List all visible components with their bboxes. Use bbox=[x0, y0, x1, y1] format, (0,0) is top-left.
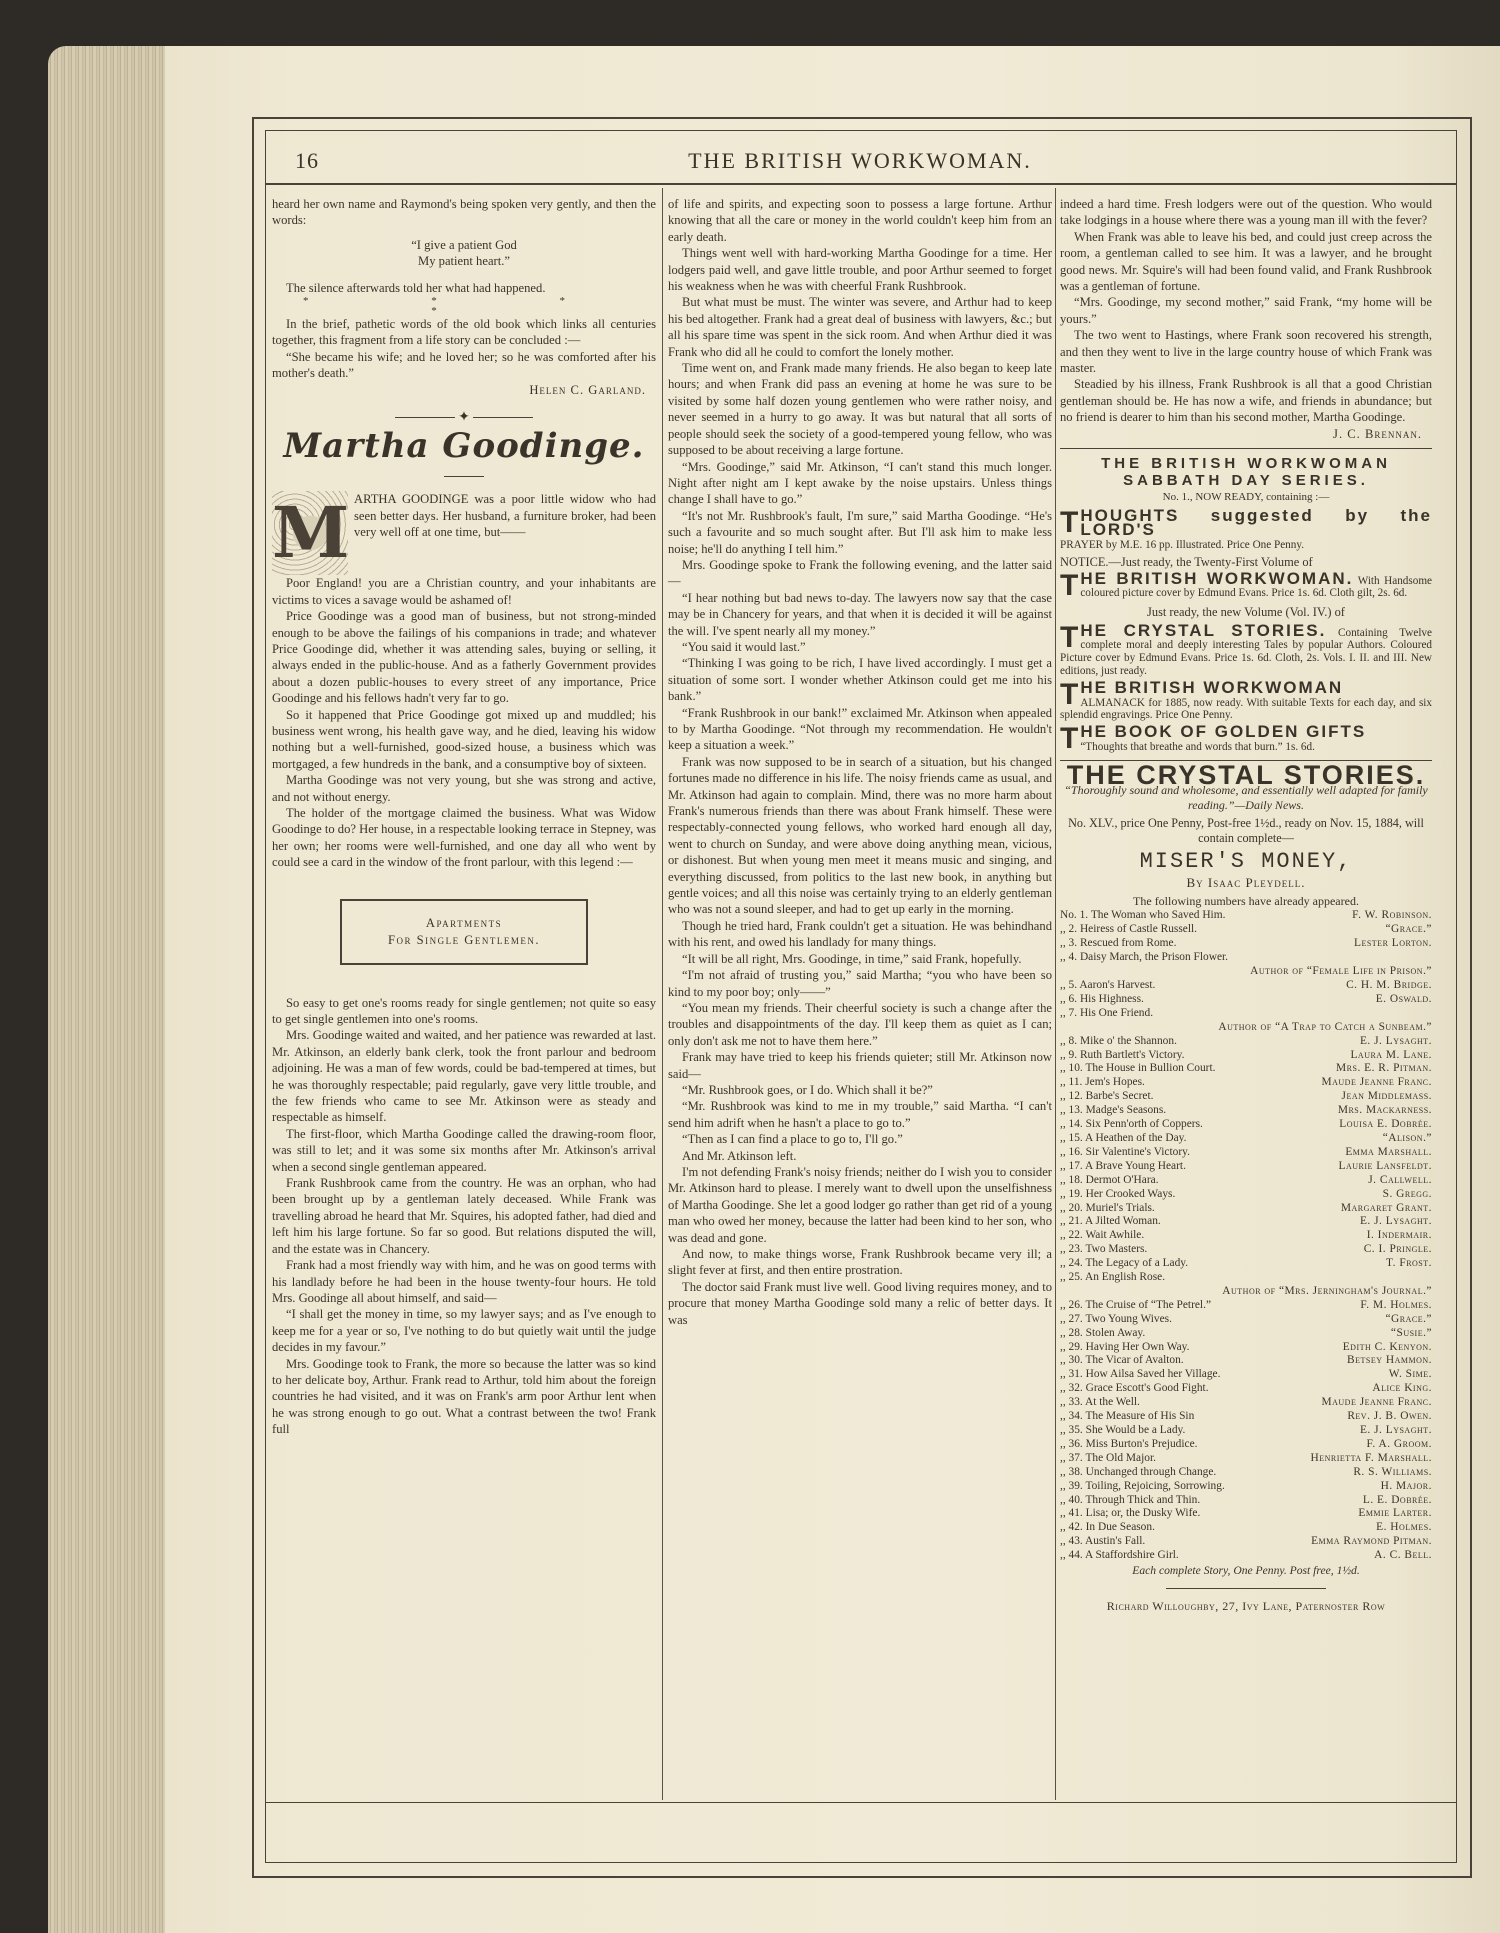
paragraph: Price Goodinge was a good man of busines… bbox=[272, 608, 656, 706]
story-number: ,, 34. bbox=[1060, 1410, 1083, 1422]
paragraph: Mrs. Goodinge waited and waited, and her… bbox=[272, 1027, 656, 1125]
story-author-line: Author of “Mrs. Jerningham's Journal.” bbox=[1060, 1285, 1432, 1299]
story-list-item: ,, 32. Grace Escott's Good Fight.Alice K… bbox=[1060, 1382, 1432, 1396]
ad-title: HOUGHTS suggested by the LORD'S bbox=[1080, 506, 1432, 540]
story-title: The Vicar of Avalton. bbox=[1085, 1354, 1183, 1366]
paragraph: The first-floor, which Martha Goodinge c… bbox=[272, 1126, 656, 1175]
story-author: F. A. Groom. bbox=[1367, 1438, 1433, 1452]
story-title: A Staffordshire Girl. bbox=[1085, 1549, 1179, 1561]
story-list-item: ,, 42. In Due Season.E. Holmes. bbox=[1060, 1521, 1432, 1535]
paragraph: Things went well with hard-working Marth… bbox=[668, 245, 1052, 294]
story-number: ,, 9. bbox=[1060, 1049, 1077, 1061]
story-title: Miss Burton's Prejudice. bbox=[1086, 1438, 1198, 1450]
story-author: Alice King. bbox=[1372, 1382, 1432, 1396]
ad-british-workwoman: T HE BRITISH WORKWOMAN. With Handsome co… bbox=[1060, 573, 1432, 601]
apartments-card: Apartments For Single Gentlemen. bbox=[340, 899, 588, 965]
paragraph: “Mr. Rushbrook goes, or I do. Which shal… bbox=[668, 1082, 1052, 1098]
story-title: The House in Bullion Court. bbox=[1085, 1062, 1215, 1074]
story-number: ,, 8. bbox=[1060, 1035, 1077, 1047]
story-author: W. Sime. bbox=[1389, 1368, 1432, 1382]
story-title: Dermot O'Hara. bbox=[1086, 1174, 1159, 1186]
story-number: ,, 26. bbox=[1060, 1299, 1083, 1311]
column-1: heard her own name and Raymond's being s… bbox=[272, 196, 656, 1438]
story-number: ,, 37. bbox=[1060, 1452, 1083, 1464]
paragraph: The doctor said Frank must live well. Go… bbox=[668, 1279, 1052, 1328]
paragraph: In the brief, pathetic words of the old … bbox=[272, 316, 656, 349]
story-list-item: ,, 21. A Jilted Woman.E. J. Lysaght. bbox=[1060, 1215, 1432, 1229]
card-line: For Single Gentlemen. bbox=[342, 932, 586, 949]
paragraph: Frank had a most friendly way with him, … bbox=[272, 1257, 656, 1306]
story-number: ,, 19. bbox=[1060, 1188, 1083, 1200]
story-author: L. E. Dobrée. bbox=[1363, 1494, 1432, 1508]
story-author: S. Gregg. bbox=[1383, 1188, 1432, 1202]
story-number: ,, 27. bbox=[1060, 1313, 1083, 1325]
story-author: Rev. J. B. Owen. bbox=[1347, 1410, 1432, 1424]
story-list-item: ,, 43. Austin's Fall.Emma Raymond Pitman… bbox=[1060, 1535, 1432, 1549]
story-number: ,, 36. bbox=[1060, 1438, 1083, 1450]
story-author: E. Holmes. bbox=[1376, 1521, 1432, 1535]
story-number: ,, 42. bbox=[1060, 1521, 1083, 1533]
story-list-item: ,, 10. The House in Bullion Court.Mrs. E… bbox=[1060, 1062, 1432, 1076]
story-title: Through Thick and Thin. bbox=[1085, 1494, 1200, 1506]
story-number: ,, 30. bbox=[1060, 1354, 1083, 1366]
story-title: Barbe's Secret. bbox=[1086, 1090, 1154, 1102]
advertisements: THE BRITISH WORKWOMAN SABBATH DAY SERIES… bbox=[1060, 455, 1432, 754]
paragraph: But what must be must. The winter was se… bbox=[668, 294, 1052, 360]
story-number: ,, 6. bbox=[1060, 993, 1077, 1005]
story-title: A Jilted Woman. bbox=[1085, 1215, 1161, 1227]
story-title: The Measure of His Sin bbox=[1085, 1410, 1194, 1422]
story-number: ,, 25. bbox=[1060, 1271, 1083, 1283]
ad-text: “Thoughts that breathe and words that bu… bbox=[1080, 741, 1315, 753]
story-list-item: ,, 13. Madge's Seasons.Mrs. Mackarness. bbox=[1060, 1104, 1432, 1118]
story-author: C. I. Pringle. bbox=[1364, 1243, 1432, 1257]
story-list-item: ,, 39. Toiling, Rejoicing, Sorrowing.H. … bbox=[1060, 1480, 1432, 1494]
story-author: Henrietta F. Marshall. bbox=[1310, 1452, 1432, 1466]
story-list-item: ,, 20. Muriel's Trials.Margaret Grant. bbox=[1060, 1202, 1432, 1216]
story-number: ,, 35. bbox=[1060, 1424, 1083, 1436]
paragraph: “I shall get the money in time, so my la… bbox=[272, 1306, 656, 1355]
story-list-item: ,, 38. Unchanged through Change.R. S. Wi… bbox=[1060, 1466, 1432, 1480]
story-number: ,, 28. bbox=[1060, 1327, 1083, 1339]
story-list-item: ,, 19. Her Crooked Ways.S. Gregg. bbox=[1060, 1188, 1432, 1202]
story-number: ,, 21. bbox=[1060, 1215, 1083, 1227]
story-title: Sir Valentine's Victory. bbox=[1086, 1146, 1190, 1158]
story-author: C. H. M. Bridge. bbox=[1346, 979, 1432, 993]
story-number: ,, 41. bbox=[1060, 1507, 1083, 1519]
ornamental-divider: ✦ bbox=[272, 410, 656, 426]
story-number: ,, 18. bbox=[1060, 1174, 1083, 1186]
story-title: His Highness. bbox=[1080, 993, 1144, 1005]
story-list-item: ,, 7. His One Friend. bbox=[1060, 1007, 1432, 1021]
journal-title: THE BRITISH WORKWOMAN. bbox=[285, 148, 1435, 174]
ad-golden-gifts: T HE BOOK OF GOLDEN GIFTS “Thoughts that… bbox=[1060, 726, 1432, 754]
story-title: A Brave Young Heart. bbox=[1085, 1160, 1186, 1172]
paragraph: Mrs. Goodinge took to Frank, the more so… bbox=[272, 1356, 656, 1438]
ad-heading: SABBATH DAY SERIES. bbox=[1060, 472, 1432, 489]
story-author: “Alison.” bbox=[1383, 1132, 1432, 1146]
story-list-item: ,, 41. Lisa; or, the Dusky Wife.Emmie La… bbox=[1060, 1507, 1432, 1521]
story-title: His One Friend. bbox=[1080, 1007, 1153, 1019]
story-list-item: ,, 11. Jem's Hopes.Maude Jeanne Franc. bbox=[1060, 1076, 1432, 1090]
story-title: Jem's Hopes. bbox=[1085, 1076, 1145, 1088]
story-title: Toiling, Rejoicing, Sorrowing. bbox=[1085, 1480, 1224, 1492]
paragraph: Frank may have tried to keep his friends… bbox=[668, 1049, 1052, 1082]
story-number: ,, 10. bbox=[1060, 1062, 1083, 1074]
story-list-item: ,, 44. A Staffordshire Girl.A. C. Bell. bbox=[1060, 1549, 1432, 1563]
story-title: Austin's Fall. bbox=[1085, 1535, 1145, 1547]
ad-almanack: T HE BRITISH WORKWOMAN ALMANACK for 1885… bbox=[1060, 682, 1432, 722]
ad-title: HE BRITISH WORKWOMAN bbox=[1080, 678, 1343, 697]
story-list-item: No. 1. The Woman who Saved Him.F. W. Rob… bbox=[1060, 909, 1432, 923]
paragraph: “It will be all right, Mrs. Goodinge, in… bbox=[668, 951, 1052, 967]
story-author: E. Oswald. bbox=[1376, 993, 1432, 1007]
verse-quote: “I give a patient God My patient heart.” bbox=[272, 237, 656, 270]
header-rule bbox=[265, 183, 1457, 185]
story-number: ,, 3. bbox=[1060, 937, 1077, 949]
story-number: ,, 4. bbox=[1060, 951, 1077, 963]
issue-notice: No. XLV., price One Penny, Post-free 1½d… bbox=[1060, 816, 1432, 846]
story-title: Grace Escott's Good Fight. bbox=[1086, 1382, 1209, 1394]
paragraph: “She became his wife; and he loved her; … bbox=[272, 349, 656, 382]
story-author: “Susie.” bbox=[1391, 1327, 1432, 1341]
story-author: T. Frost. bbox=[1386, 1257, 1432, 1271]
story-number: ,, 17. bbox=[1060, 1160, 1083, 1172]
ad-thoughts: T HOUGHTS suggested by the LORD'S PRAYER… bbox=[1060, 510, 1432, 552]
story-list-item: ,, 9. Ruth Bartlett's Victory.Laura M. L… bbox=[1060, 1049, 1432, 1063]
ad-initial: T bbox=[1060, 625, 1078, 651]
paragraph: “Frank Rushbrook in our bank!” exclaimed… bbox=[668, 705, 1052, 754]
story-list-item: ,, 12. Barbe's Secret.Jean Middlemass. bbox=[1060, 1090, 1432, 1104]
story-number: ,, 16. bbox=[1060, 1146, 1083, 1158]
card-line: Apartments bbox=[342, 915, 586, 932]
paragraph: The two went to Hastings, where Frank so… bbox=[1060, 327, 1432, 376]
story-number: ,, 43. bbox=[1060, 1535, 1083, 1547]
verse-line: “I give a patient God bbox=[272, 237, 656, 253]
story-title: She Would be a Lady. bbox=[1086, 1424, 1186, 1436]
story-list-item: ,, 30. The Vicar of Avalton.Betsey Hammo… bbox=[1060, 1354, 1432, 1368]
paragraph: Martha Goodinge was not very young, but … bbox=[272, 772, 656, 805]
ad-subheading: No. 1., NOW READY, containing :— bbox=[1060, 489, 1432, 505]
story-number: ,, 7. bbox=[1060, 1007, 1077, 1019]
story-title: At the Well. bbox=[1085, 1396, 1140, 1408]
small-divider bbox=[272, 469, 656, 485]
section-break-stars: * * * * bbox=[272, 296, 656, 316]
paragraph: Steadied by his illness, Frank Rushbrook… bbox=[1060, 376, 1432, 425]
story-title: How Ailsa Saved her Village. bbox=[1086, 1368, 1221, 1380]
story-number: ,, 38. bbox=[1060, 1466, 1083, 1478]
story-author: Emma Raymond Pitman. bbox=[1311, 1535, 1432, 1549]
paragraph: Frank was now supposed to be in search o… bbox=[668, 754, 1052, 918]
story-number: ,, 5. bbox=[1060, 979, 1077, 991]
story-number: ,, 31. bbox=[1060, 1368, 1083, 1380]
story-author-line: Author of “A Trap to Catch a Sunbeam.” bbox=[1060, 1021, 1432, 1035]
ad-notice: NOTICE.—Just ready, the Twenty-First Vol… bbox=[1060, 556, 1432, 569]
story-title: A Heathen of the Day. bbox=[1085, 1132, 1186, 1144]
story-number: ,, 11. bbox=[1060, 1076, 1082, 1088]
story-list-item: ,, 33. At the Well.Maude Jeanne Franc. bbox=[1060, 1396, 1432, 1410]
ad-crystal-stories: T HE CRYSTAL STORIES. Containing Twelve … bbox=[1060, 625, 1432, 678]
story-list-item: ,, 6. His Highness.E. Oswald. bbox=[1060, 993, 1432, 1007]
paragraph: “You mean my friends. Their cheerful soc… bbox=[668, 1000, 1052, 1049]
column-divider-2 bbox=[1055, 188, 1056, 1800]
ad-text: PRAYER by M.E. 16 pp. Illustrated. Price… bbox=[1060, 539, 1304, 551]
story-author: A. C. Bell. bbox=[1374, 1549, 1432, 1563]
paragraph: Poor England! you are a Christian countr… bbox=[272, 575, 656, 608]
story-list-item: ,, 40. Through Thick and Thin.L. E. Dobr… bbox=[1060, 1494, 1432, 1508]
story-author: Lester Lorton. bbox=[1354, 937, 1432, 951]
paragraph: “It's not Mr. Rushbrook's fault, I'm sur… bbox=[668, 508, 1052, 557]
story-author: E. J. Lysaght. bbox=[1360, 1035, 1432, 1049]
rule bbox=[1060, 448, 1432, 449]
paragraph: “Then as I can find a place to go to, I'… bbox=[668, 1131, 1052, 1147]
story-title: Six Penn'orth of Coppers. bbox=[1086, 1118, 1203, 1130]
story-title: Wait Awhile. bbox=[1085, 1229, 1144, 1241]
story-number: ,, 13. bbox=[1060, 1104, 1083, 1116]
story-title: Heiress of Castle Russell. bbox=[1080, 923, 1197, 935]
press-quote: “Thoroughly sound and wholesome, and ess… bbox=[1060, 783, 1432, 813]
author-signature: Helen C. Garland. bbox=[272, 382, 656, 398]
story-number: ,, 44. bbox=[1060, 1549, 1083, 1561]
paragraph: And Mr. Atkinson left. bbox=[668, 1148, 1052, 1164]
story-list-item: ,, 36. Miss Burton's Prejudice.F. A. Gro… bbox=[1060, 1438, 1432, 1452]
ad-initial: T bbox=[1060, 573, 1078, 599]
feature-title: MISER'S MONEY, bbox=[1060, 854, 1432, 870]
paragraph: The silence afterwards told her what had… bbox=[272, 280, 656, 296]
story-author: E. J. Lysaght. bbox=[1360, 1215, 1432, 1229]
story-author: Mrs. Mackarness. bbox=[1338, 1104, 1432, 1118]
story-author: Maude Jeanne Franc. bbox=[1322, 1396, 1433, 1410]
story-title: The Cruise of “The Petrel.” bbox=[1085, 1299, 1211, 1311]
story-list-item: ,, 3. Rescued from Rome.Lester Lorton. bbox=[1060, 937, 1432, 951]
story-list-item: ,, 37. The Old Major.Henrietta F. Marsha… bbox=[1060, 1452, 1432, 1466]
story-number: ,, 22. bbox=[1060, 1229, 1083, 1241]
story-list-item: ,, 31. How Ailsa Saved her Village.W. Si… bbox=[1060, 1368, 1432, 1382]
ad-vol-iv: Just ready, the new Volume (Vol. IV.) of bbox=[1060, 604, 1432, 620]
story-number: ,, 40. bbox=[1060, 1494, 1083, 1506]
paragraph: When Frank was able to leave his bed, an… bbox=[1060, 229, 1432, 295]
paragraph: “I hear nothing but bad news to-day. The… bbox=[668, 590, 1052, 639]
story-title: Daisy March, the Prison Flower. bbox=[1080, 951, 1228, 963]
footer-rule bbox=[265, 1802, 1457, 1803]
story-author: “Grace.” bbox=[1385, 1313, 1432, 1327]
paragraph: So easy to get one's rooms ready for sin… bbox=[272, 995, 656, 1028]
story-author: Emma Marshall. bbox=[1345, 1146, 1432, 1160]
story-author: Mrs. E. R. Pitman. bbox=[1336, 1062, 1432, 1076]
story-author-line: Author of “Female Life in Prison.” bbox=[1060, 965, 1432, 979]
story-list-item: ,, 4. Daisy March, the Prison Flower. bbox=[1060, 951, 1432, 965]
paragraph: indeed a hard time. Fresh lodgers were o… bbox=[1060, 196, 1432, 229]
column-3: indeed a hard time. Fresh lodgers were o… bbox=[1060, 196, 1432, 1615]
story-number: No. 1. bbox=[1060, 909, 1088, 921]
story-title: Her Crooked Ways. bbox=[1086, 1188, 1176, 1200]
story-number: ,, 29. bbox=[1060, 1341, 1083, 1353]
story-author: Laura M. Lane. bbox=[1350, 1049, 1432, 1063]
story-author: “Grace.” bbox=[1385, 923, 1432, 937]
story-number: ,, 33. bbox=[1060, 1396, 1083, 1408]
story-author: E. J. Lysaght. bbox=[1360, 1424, 1432, 1438]
author-signature: J. C. Brennan. bbox=[1060, 426, 1432, 442]
story-list-item: ,, 34. The Measure of His SinRev. J. B. … bbox=[1060, 1410, 1432, 1424]
story-list-item: ,, 16. Sir Valentine's Victory.Emma Mars… bbox=[1060, 1146, 1432, 1160]
story-author: J. Callwell. bbox=[1368, 1174, 1432, 1188]
ad-text: ALMANACK for 1885, now ready. With suita… bbox=[1060, 697, 1432, 722]
feature-byline: By Isaac Pleydell. bbox=[1060, 875, 1432, 891]
paragraph: “Mrs. Goodinge,” said Mr. Atkinson, “I c… bbox=[668, 459, 1052, 508]
opening-paragraph: M ARTHA GOODINGE was a poor little widow… bbox=[272, 491, 656, 575]
story-list-item: ,, 5. Aaron's Harvest.C. H. M. Bridge. bbox=[1060, 979, 1432, 993]
story-list-item: ,, 25. An English Rose. bbox=[1060, 1271, 1432, 1285]
rule bbox=[1166, 1588, 1326, 1589]
story-number: ,, 20. bbox=[1060, 1202, 1083, 1214]
story-author: Laurie Lansfeldt. bbox=[1339, 1160, 1432, 1174]
verse-line: My patient heart.” bbox=[272, 253, 656, 269]
column-2: of life and spirits, and expecting soon … bbox=[668, 196, 1052, 1328]
story-title: Stolen Away. bbox=[1086, 1327, 1146, 1339]
story-author: R. S. Williams. bbox=[1353, 1466, 1432, 1480]
story-title: Muriel's Trials. bbox=[1086, 1202, 1155, 1214]
story-list-item: ,, 14. Six Penn'orth of Coppers.Louisa E… bbox=[1060, 1118, 1432, 1132]
story-author: Margaret Grant. bbox=[1341, 1202, 1432, 1216]
story-number: ,, 32. bbox=[1060, 1382, 1083, 1394]
publisher-imprint: Richard Willoughby, 27, Ivy Lane, Patern… bbox=[1060, 1598, 1432, 1614]
story-title: In Due Season. bbox=[1086, 1521, 1155, 1533]
story-author: Maude Jeanne Franc. bbox=[1322, 1076, 1433, 1090]
story-title: Two Young Wives. bbox=[1085, 1313, 1172, 1325]
story-list: No. 1. The Woman who Saved Him.F. W. Rob… bbox=[1060, 909, 1432, 1563]
list-intro: The following numbers have already appea… bbox=[1060, 893, 1432, 909]
paragraph: Mrs. Goodinge spoke to Frank the followi… bbox=[668, 557, 1052, 590]
story-list-item: ,, 29. Having Her Own Way.Edith C. Kenyo… bbox=[1060, 1341, 1432, 1355]
story-author: Jean Middlemass. bbox=[1342, 1090, 1432, 1104]
paragraph: “Mrs. Goodinge, my second mother,” said … bbox=[1060, 294, 1432, 327]
paragraph: Though he tried hard, Frank couldn't get… bbox=[668, 918, 1052, 951]
story-title: Ruth Bartlett's Victory. bbox=[1080, 1049, 1185, 1061]
paragraph: “You said it would last.” bbox=[668, 639, 1052, 655]
story-list-item: ,, 23. Two Masters.C. I. Pringle. bbox=[1060, 1243, 1432, 1257]
illuminated-dropcap-icon: M bbox=[272, 491, 348, 575]
story-title: Mike o' the Shannon. bbox=[1080, 1035, 1177, 1047]
story-list-item: ,, 27. Two Young Wives.“Grace.” bbox=[1060, 1313, 1432, 1327]
paragraph: of life and spirits, and expecting soon … bbox=[668, 196, 1052, 245]
paragraph: “I'm not afraid of trusting you,” said M… bbox=[668, 967, 1052, 1000]
paragraph: Time went on, and Frank made many friend… bbox=[668, 360, 1052, 458]
story-author: F. M. Holmes. bbox=[1360, 1299, 1432, 1313]
column-divider-1 bbox=[662, 188, 663, 1800]
paragraph: And now, to make things worse, Frank Rus… bbox=[668, 1246, 1052, 1279]
story-title: Having Her Own Way. bbox=[1086, 1341, 1190, 1353]
story-list-item: ,, 17. A Brave Young Heart.Laurie Lansfe… bbox=[1060, 1160, 1432, 1174]
story-title: The Old Major. bbox=[1085, 1452, 1156, 1464]
story-title: Martha Goodinge. bbox=[272, 438, 656, 454]
story-author: Emmie Larter. bbox=[1358, 1507, 1432, 1521]
ad-title: HE BOOK OF GOLDEN GIFTS bbox=[1080, 722, 1366, 741]
paragraph: Frank Rushbrook came from the country. H… bbox=[272, 1175, 656, 1257]
ad-initial: T bbox=[1060, 510, 1078, 536]
story-author: I. Indermair. bbox=[1367, 1229, 1432, 1243]
story-list-item: ,, 2. Heiress of Castle Russell.“Grace.” bbox=[1060, 923, 1432, 937]
story-list-item: ,, 28. Stolen Away.“Susie.” bbox=[1060, 1327, 1432, 1341]
story-list-item: ,, 35. She Would be a Lady.E. J. Lysaght… bbox=[1060, 1424, 1432, 1438]
paragraph: “Mr. Rushbrook was kind to me in my trou… bbox=[668, 1098, 1052, 1131]
story-title: Madge's Seasons. bbox=[1086, 1104, 1167, 1116]
story-number: ,, 39. bbox=[1060, 1480, 1083, 1492]
story-title: Two Masters. bbox=[1085, 1243, 1147, 1255]
story-author: Louisa E. Dobrée. bbox=[1339, 1118, 1432, 1132]
story-author: H. Major. bbox=[1381, 1480, 1432, 1494]
story-author: F. W. Robinson. bbox=[1352, 909, 1432, 923]
story-number: ,, 24. bbox=[1060, 1257, 1083, 1269]
story-title: An English Rose. bbox=[1085, 1271, 1165, 1283]
story-number: ,, 23. bbox=[1060, 1243, 1083, 1255]
ad-initial: T bbox=[1060, 682, 1078, 708]
paragraph: I'm not defending Frank's noisy friends;… bbox=[668, 1164, 1052, 1246]
story-title: The Legacy of a Lady. bbox=[1085, 1257, 1188, 1269]
crystal-stories-heading: THE CRYSTAL STORIES. bbox=[1060, 767, 1432, 783]
story-list-item: ,, 15. A Heathen of the Day.“Alison.” bbox=[1060, 1132, 1432, 1146]
ad-title: HE BRITISH WORKWOMAN. bbox=[1080, 569, 1353, 588]
story-title: Aaron's Harvest. bbox=[1079, 979, 1155, 991]
book-page-edges bbox=[48, 46, 168, 1933]
story-number: ,, 15. bbox=[1060, 1132, 1083, 1144]
story-number: ,, 12. bbox=[1060, 1090, 1083, 1102]
story-list-item: ,, 18. Dermot O'Hara.J. Callwell. bbox=[1060, 1174, 1432, 1188]
story-title: Rescued from Rome. bbox=[1080, 937, 1176, 949]
paragraph: “Thinking I was going to be rich, I have… bbox=[668, 655, 1052, 704]
paragraph: heard her own name and Raymond's being s… bbox=[272, 196, 656, 229]
story-list-item: ,, 26. The Cruise of “The Petrel.”F. M. … bbox=[1060, 1299, 1432, 1313]
ad-title: HE CRYSTAL STORIES. bbox=[1080, 621, 1326, 640]
ad-heading: THE BRITISH WORKWOMAN bbox=[1060, 455, 1432, 472]
story-title: The Woman who Saved Him. bbox=[1091, 909, 1226, 921]
story-title: Unchanged through Change. bbox=[1086, 1466, 1217, 1478]
story-list-item: ,, 24. The Legacy of a Lady.T. Frost. bbox=[1060, 1257, 1432, 1271]
story-list-item: ,, 8. Mike o' the Shannon.E. J. Lysaght. bbox=[1060, 1035, 1432, 1049]
paragraph: So it happened that Price Goodinge got m… bbox=[272, 707, 656, 773]
story-list-item: ,, 22. Wait Awhile.I. Indermair. bbox=[1060, 1229, 1432, 1243]
price-note: Each complete Story, One Penny. Post fre… bbox=[1060, 1563, 1432, 1579]
story-number: ,, 14. bbox=[1060, 1118, 1083, 1130]
story-title: Lisa; or, the Dusky Wife. bbox=[1086, 1507, 1201, 1519]
story-number: ,, 2. bbox=[1060, 923, 1077, 935]
paragraph: The holder of the mortgage claimed the b… bbox=[272, 805, 656, 871]
ad-initial: T bbox=[1060, 726, 1078, 752]
running-head: 16 THE BRITISH WORKWOMAN. bbox=[285, 148, 1435, 180]
story-author: Betsey Hammon. bbox=[1347, 1354, 1432, 1368]
paragraph: ARTHA GOODINGE was a poor little widow w… bbox=[354, 491, 656, 575]
story-author: Edith C. Kenyon. bbox=[1343, 1341, 1432, 1355]
